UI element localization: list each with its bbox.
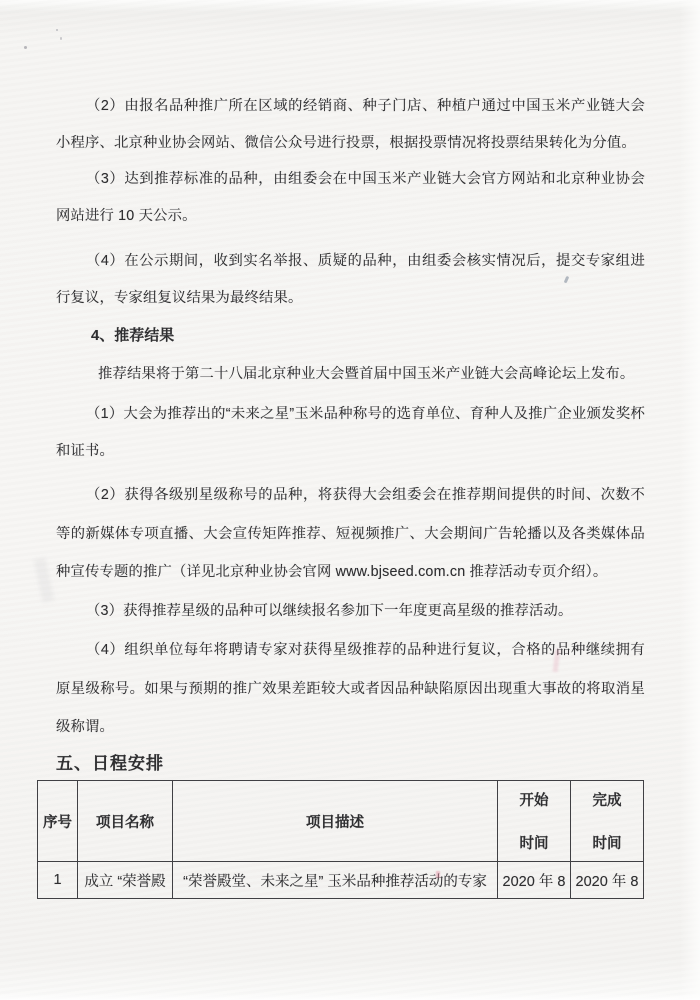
paragraph-item4-objection: （4）在公示期间，收到实名举报、质疑的品种，由组委会核实情况后，提交专家组进行复…: [56, 243, 645, 317]
schedule-table: 序号 项目名称 项目描述 开始 时间 完成 时间 1 成立 “荣誉殿 “荣誉殿堂…: [37, 780, 644, 899]
paragraph-item1-awards: （1）大会为推荐出的“未来之星”玉米品种称号的选育单位、育种人及推广企业颁发奖杯…: [56, 396, 645, 470]
table-header-seq: 序号: [38, 781, 78, 862]
scan-speck: [56, 29, 58, 31]
paragraph-results-release: 推荐结果将于第二十八届北京种业大会暨首届中国玉米产业链大会高峰论坛上发布。: [56, 356, 645, 393]
scanned-document-page: （2）由报名品种推广所在区域的经销商、种子门店、种植户通过中国玉米产业链大会小程…: [0, 0, 700, 1000]
table-row1-end-time: 2020 年 8: [571, 862, 644, 899]
table-header-project-desc: 项目描述: [173, 781, 498, 862]
paragraph-item2-voting: （2）由报名品种推广所在区域的经销商、种子门店、种植户通过中国玉米产业链大会小程…: [56, 88, 645, 162]
table-row1-start-time: 2020 年 8: [498, 862, 571, 899]
table-header-end-time: 完成 时间: [571, 781, 644, 862]
table-header-start-time-line2: 时间: [520, 832, 549, 853]
paragraph-item4-annual-review: （4）组织单位每年将聘请专家对获得星级推荐的品种进行复议，合格的品种继续拥有原星…: [56, 631, 645, 747]
heading-section5-schedule: 五、日程安排: [56, 752, 645, 776]
scan-edge-highlight: [680, 0, 700, 1000]
scan-gray-smudge: [34, 557, 55, 603]
table-row1-project-desc: “荣誉殿堂、未来之星” 玉米品种推荐活动的专家: [173, 862, 498, 899]
table-header-end-time-line1: 完成: [593, 789, 622, 810]
table-row1-seq: 1: [38, 862, 78, 899]
scan-speck: [60, 37, 62, 40]
table-header-start-time-line1: 开始: [520, 789, 549, 810]
table-header-start-time: 开始 时间: [498, 781, 571, 862]
table-header-end-time-line2: 时间: [593, 832, 622, 853]
paragraph-item2-media-promotion: （2）获得各级别星级称号的品种，将获得大会组委会在推荐期间提供的时间、次数不等的…: [56, 476, 645, 592]
scan-speck: [24, 46, 27, 49]
table-row1-project-name: 成立 “荣誉殿: [78, 862, 173, 899]
paragraph-item3-next-year: （3）获得推荐星级的品种可以继续报名参加下一年度更高星级的推荐活动。: [56, 593, 645, 630]
heading-section4-results: 4、推荐结果: [91, 325, 641, 347]
scan-edge-highlight: [0, 993, 700, 1000]
paragraph-item3-publicity: （3）达到推荐标准的品种，由组委会在中国玉米产业链大会官方网站和北京种业协会网站…: [56, 161, 645, 235]
table-header-project-name: 项目名称: [78, 781, 173, 862]
